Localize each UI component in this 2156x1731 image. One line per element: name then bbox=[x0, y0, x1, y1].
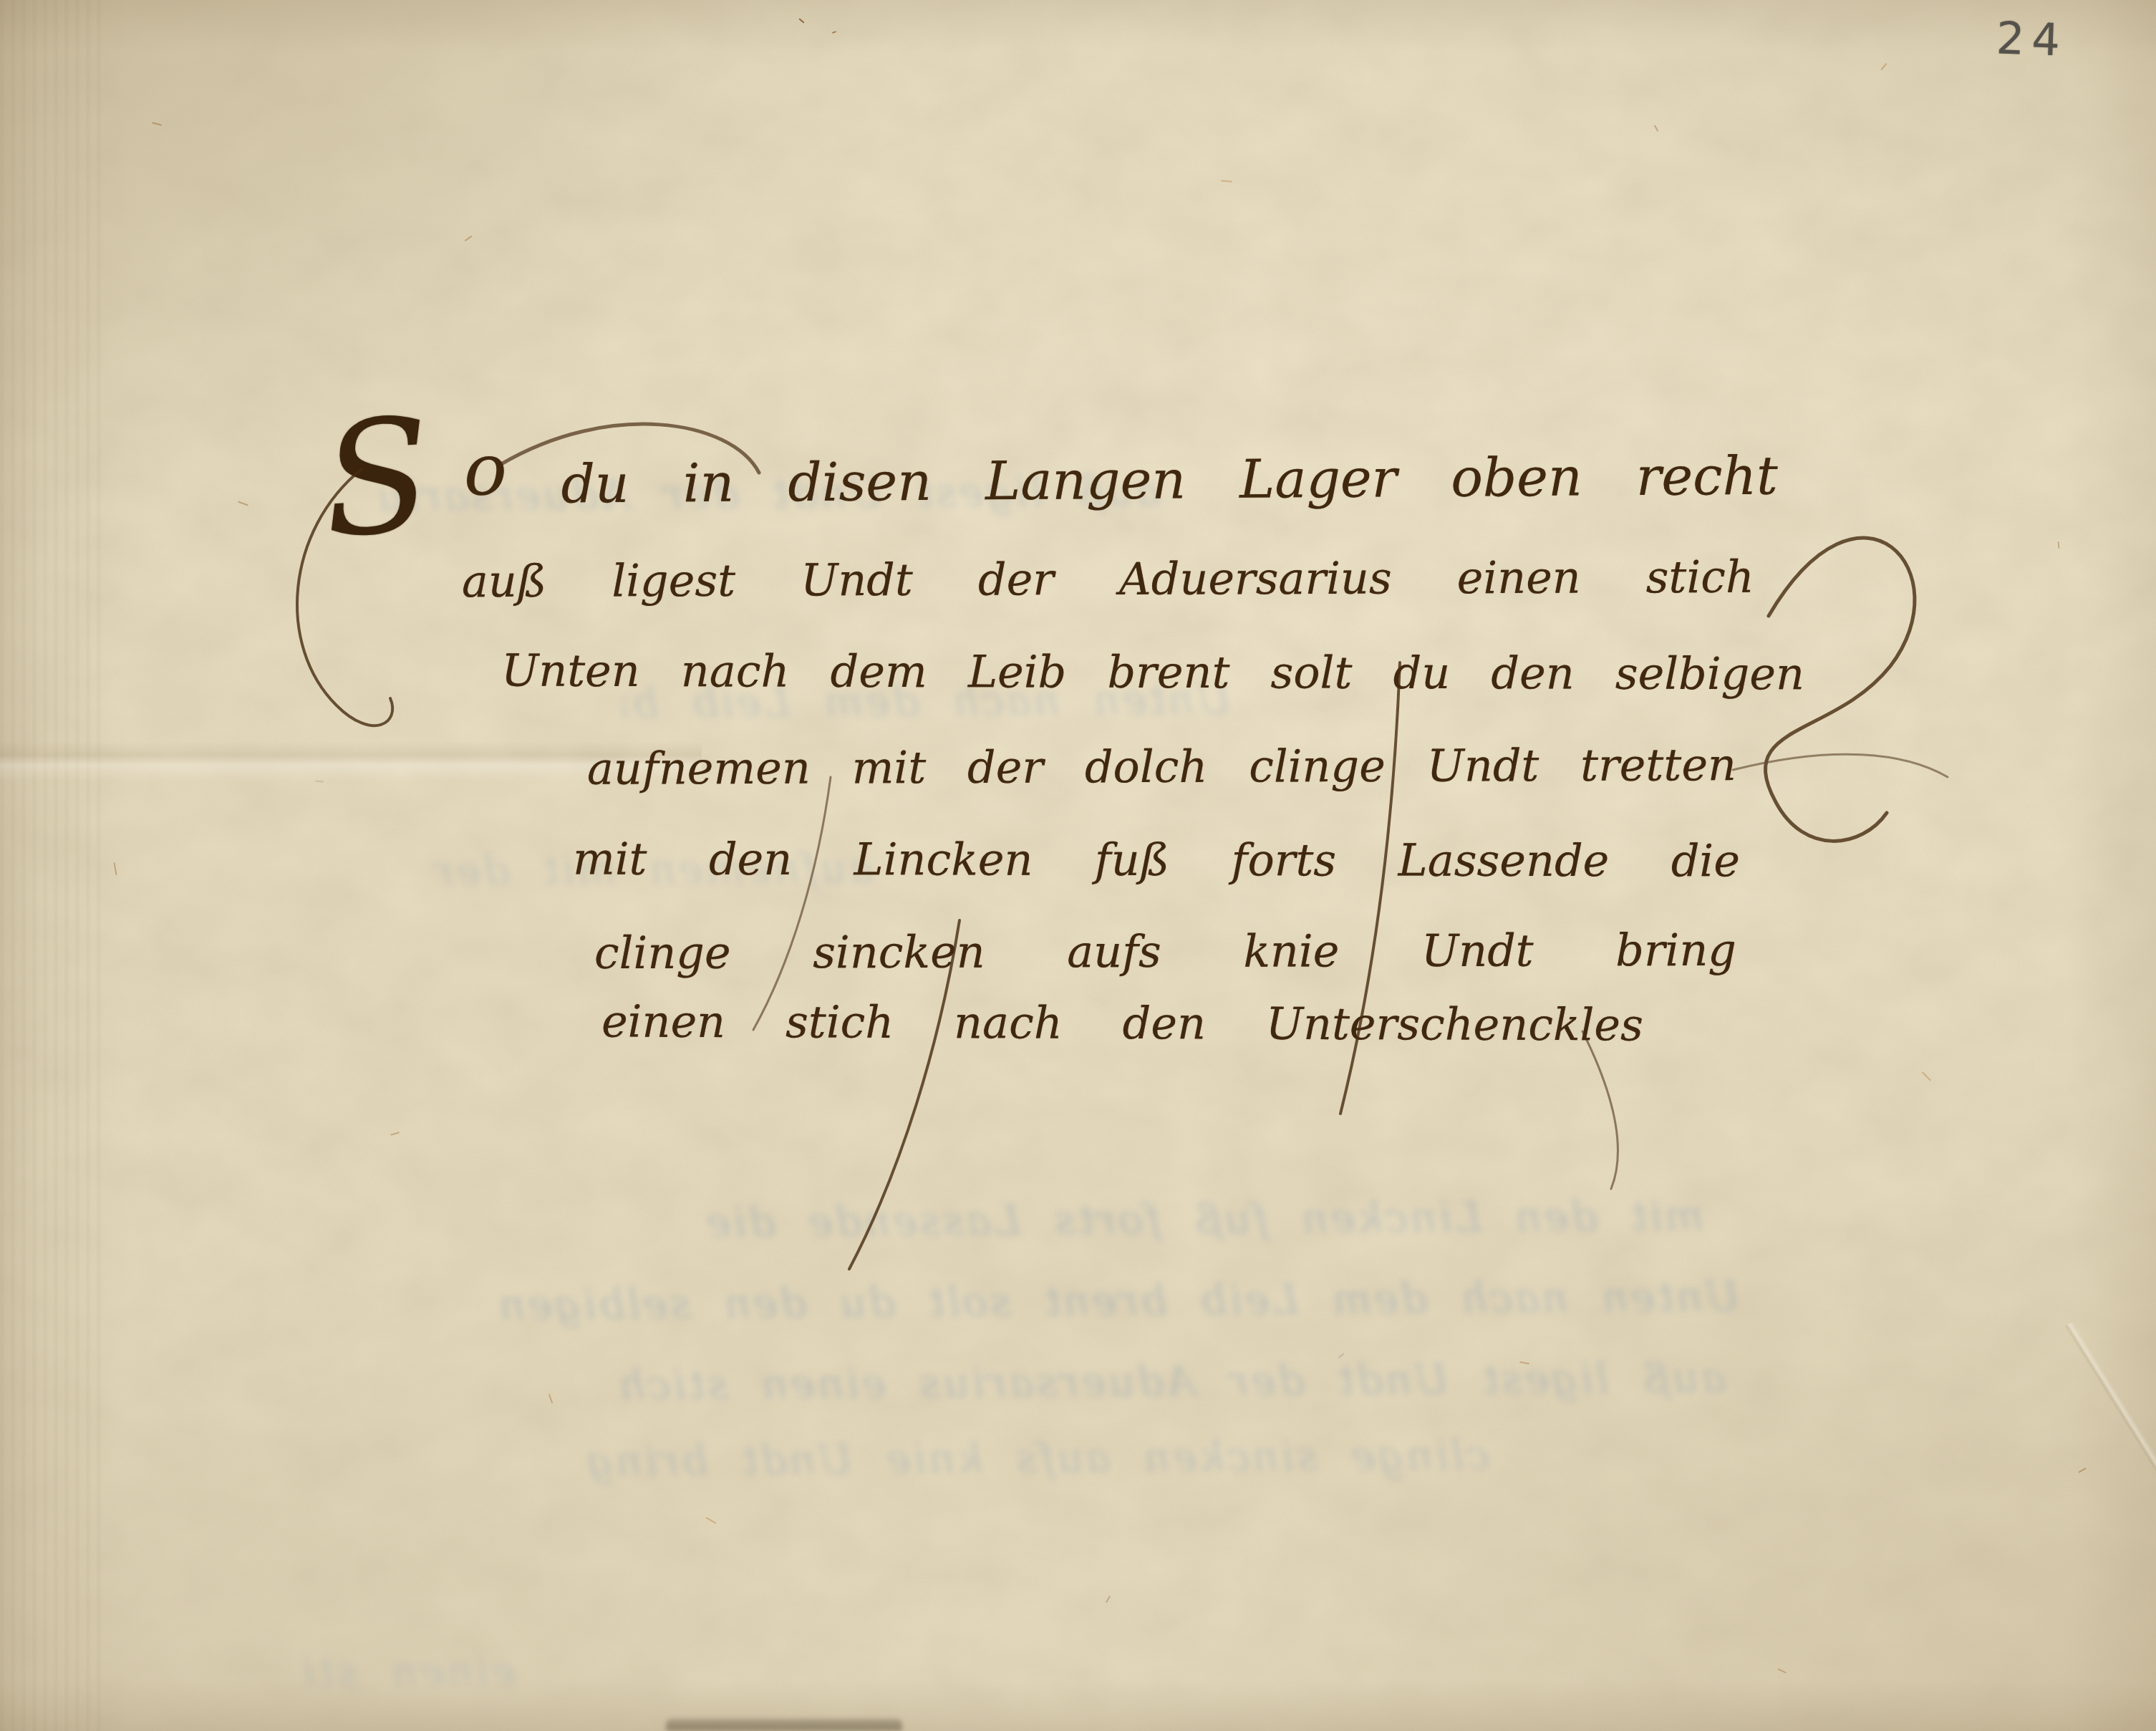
text-line: außligestUndtderAduersariuseinenstich bbox=[462, 551, 1754, 607]
manuscript-page: auß ligest Undt der Aduersarius einen st… bbox=[0, 0, 2156, 1731]
text-line: UntennachdemLeibbrentsoltdudenselbigen bbox=[501, 645, 1804, 700]
text-line: mitdenLinckenfußfortsLassendedie bbox=[573, 833, 1740, 887]
text-line: einenstichnachdenUnterschenckles bbox=[601, 995, 1643, 1051]
text-line: clingesinckenaufsknieUndtbring bbox=[594, 924, 1736, 979]
page-number: 24 bbox=[1996, 11, 2068, 66]
text-line: aufnemenmitderdolchclingeUndttretten bbox=[587, 738, 1736, 795]
initial-capital: S bbox=[319, 397, 436, 561]
text-line: oduindisenLangenLagerobenrecht bbox=[464, 445, 1779, 516]
manuscript-text: S oduindisenLangenLagerobenrecht außlige… bbox=[0, 0, 2156, 1731]
